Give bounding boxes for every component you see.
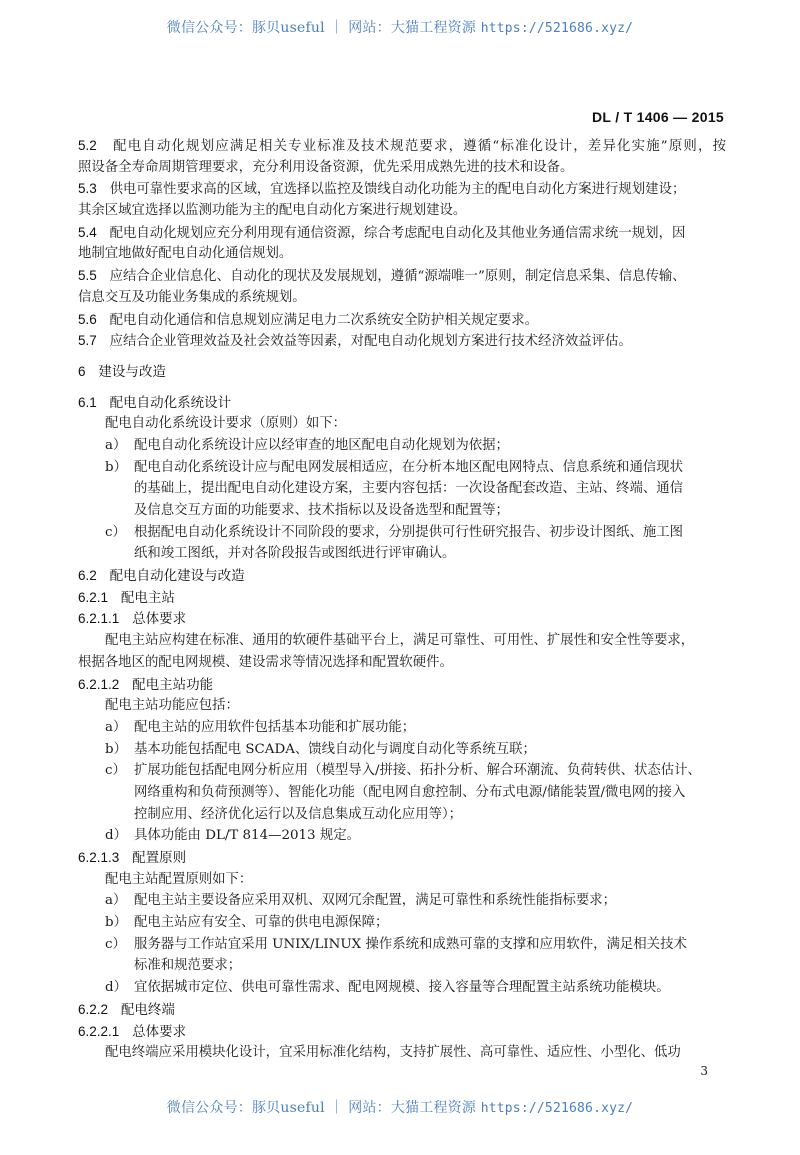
clause-number: 5.7: [78, 333, 97, 348]
list-item-b: b）配电自动化系统设计应与配电网发展相适应，在分析本地区配电网特点、信息系统和通…: [78, 457, 726, 522]
watermark-top: 微信公众号：豚贝useful ｜ 网站：大猫工程资源 https://52168…: [0, 17, 800, 37]
list-item-a: a）配电主站的应用软件包括基本功能和扩展功能；: [78, 717, 726, 739]
clause-text: 其余区域宜选择以监测功能为主的配电自动化方案进行规划建设。: [78, 203, 466, 218]
list-text: 根据配电自动化系统设计不同阶段的要求，分别提供可行性研究报告、初步设计图纸、施工…: [134, 525, 683, 540]
list-text: 配电主站应有安全、可靠的供电电源保障；: [134, 915, 388, 930]
document-body: 5.2 配电自动化规划应满足相关专业标准及技术规范要求，遵循“标准化设计，差异化…: [78, 135, 726, 1064]
watermark-text: 微信公众号：豚贝useful ｜ 网站：大猫工程资源: [167, 1100, 481, 1116]
section-intro: 配电主站功能应包括：: [78, 695, 726, 717]
list-text: 配电主站的应用软件包括基本功能和扩展功能；: [134, 720, 415, 735]
clause-text: 应结合企业信息化、自动化的现状及发展规划，遵循“源端唯一”原则，制定信息采集、信…: [110, 269, 686, 284]
chapter-6-heading: 6 建设与改造: [78, 361, 726, 383]
paragraph: 配电终端应采用模块化设计，宜采用标准化结构，支持扩展性、高可靠性、适应性、小型化…: [78, 1042, 726, 1064]
section-number: 6.2.1.2: [78, 674, 119, 696]
section-6-2-1-heading: 6.2.1 配电主站: [78, 587, 726, 609]
list-item-a: a）配电自动化系统设计应以经审查的地区配电自动化规划为依据；: [78, 435, 726, 457]
clause-5-7: 5.7 应结合企业管理效益及社会效益等因素，对配电自动化规划方案进行技术经济效益…: [78, 330, 726, 352]
list-text: 配电自动化系统设计应以经审查的地区配电自动化规划为依据；: [134, 438, 509, 453]
list-marker: c）: [105, 934, 134, 956]
list-text: 的基础上，提出配电自动化建设方案，主要内容包括：一次设备配套改造、主站、终端、通…: [78, 478, 726, 500]
list-item-d: d）具体功能由 DL/T 814—2013 规定。: [78, 825, 726, 847]
list-marker: a）: [105, 890, 134, 912]
clause-text: 配电自动化规划应充分利用现有通信资源，综合考虑配电自动化及其他业务通信需求统一规…: [110, 226, 686, 241]
page-number: 3: [700, 1064, 708, 1078]
section-intro: 配电主站配置原则如下：: [78, 869, 726, 891]
section-title: 配置原则: [132, 850, 186, 866]
section-number: 6.2.1.3: [78, 847, 119, 869]
clause-text: 配电自动化规划应满足相关专业标准及技术规范要求，遵循“标准化设计，差异化实施”原…: [113, 139, 726, 154]
list-marker: a）: [105, 435, 134, 457]
clause-number: 5.4: [78, 225, 97, 240]
list-text: 纸和竣工图纸，并对各阶段报告或图纸进行评审确认。: [78, 543, 726, 565]
clause-number: 5.6: [78, 312, 97, 327]
list-text: 及信息交互方面的功能要求、技术指标以及设备选型和配置等；: [78, 500, 726, 522]
chapter-number: 6: [78, 361, 86, 383]
section-title: 配电自动化建设与改造: [110, 568, 245, 584]
clause-text: 配电自动化通信和信息规划应满足电力二次系统安全防护相关规定要求。: [110, 313, 539, 328]
clause-number: 5.3: [78, 181, 97, 196]
section-6-2-2-1-heading: 6.2.2.1 总体要求: [78, 1021, 726, 1043]
list-marker: b）: [105, 912, 134, 934]
section-6-2-heading: 6.2 配电自动化建设与改造: [78, 565, 726, 587]
section-6-2-1-3-heading: 6.2.1.3 配置原则: [78, 847, 726, 869]
list-item-c: c）服务器与工作站宜采用 UNIX/LINUX 操作系统和成熟可靠的支撑和应用软…: [78, 934, 726, 977]
watermark-text: 微信公众号：豚贝useful ｜ 网站：大猫工程资源: [167, 20, 481, 36]
list-marker: b）: [105, 457, 134, 479]
section-6-2-2-heading: 6.2.2 配电终端: [78, 999, 726, 1021]
clause-text: 地制宜地做好配电自动化通信规划。: [78, 246, 292, 261]
section-6-2-1-2-heading: 6.2.1.2 配电主站功能: [78, 674, 726, 696]
section-title: 总体要求: [132, 611, 186, 627]
section-number: 6.2.2: [78, 999, 108, 1021]
clause-5-6: 5.6 配电自动化通信和信息规划应满足电力二次系统安全防护相关规定要求。: [78, 309, 726, 331]
list-item-c: c）根据配电自动化系统设计不同阶段的要求，分别提供可行性研究报告、初步设计图纸、…: [78, 522, 726, 565]
section-number: 6.1: [78, 392, 97, 414]
section-title: 配电主站: [121, 590, 175, 606]
clause-5-2: 5.2 配电自动化规划应满足相关专业标准及技术规范要求，遵循“标准化设计，差异化…: [78, 135, 726, 178]
clause-text: 应结合企业管理效益及社会效益等因素，对配电自动化规划方案进行技术经济效益评估。: [110, 334, 632, 349]
list-marker: d）: [105, 977, 134, 999]
section-number: 6.2.1: [78, 587, 108, 609]
section-title: 总体要求: [132, 1024, 186, 1040]
list-text: 宜依据城市定位、供电可靠性需求、配电网规模、接入容量等合理配置主站系统功能模块。: [134, 980, 670, 995]
section-number: 6.2.2.1: [78, 1021, 119, 1043]
list-item-d: d）宜依据城市定位、供电可靠性需求、配电网规模、接入容量等合理配置主站系统功能模…: [78, 977, 726, 999]
section-number: 6.2.1.1: [78, 608, 119, 630]
list-text: 网络重构和负荷预测等）、智能化功能（配电网自愈控制、分布式电源/储能装置/微电网…: [78, 782, 726, 804]
clause-number: 5.2: [78, 138, 97, 153]
section-title: 配电终端: [121, 1002, 175, 1018]
watermark-bottom: 微信公众号：豚贝useful ｜ 网站：大猫工程资源 https://52168…: [0, 1097, 800, 1117]
clause-5-4: 5.4 配电自动化规划应充分利用现有通信资源，综合考虑配电自动化及其他业务通信需…: [78, 222, 726, 265]
section-title: 配电主站功能: [132, 677, 213, 693]
paragraph: 根据各地区的配电网规模、建设需求等情况选择和配置软硬件。: [78, 652, 726, 674]
document-code: DL / T 1406 — 2015: [592, 109, 724, 125]
clause-text: 照设备全寿命周期管理要求，充分利用设备资源，优先采用成熟先进的技术和设备。: [78, 160, 573, 175]
section-intro: 配电自动化系统设计要求（原则）如下：: [78, 413, 726, 435]
list-text: 配电主站主要设备应采用双机、双网冗余配置，满足可靠性和系统性能指标要求；: [134, 893, 616, 908]
chapter-title: 建设与改造: [98, 364, 166, 380]
clause-text: 供电可靠性要求高的区域，宜选择以监控及馈线自动化功能为主的配电自动化方案进行规划…: [110, 182, 686, 197]
clause-text: 信息交互及功能业务集成的系统规划。: [78, 290, 306, 305]
clause-5-3: 5.3 供电可靠性要求高的区域，宜选择以监控及馈线自动化功能为主的配电自动化方案…: [78, 178, 726, 221]
list-text: 基本功能包括配电 SCADA、馈线自动化与调度自动化等系统互联；: [134, 742, 536, 757]
list-item-b: b）基本功能包括配电 SCADA、馈线自动化与调度自动化等系统互联；: [78, 739, 726, 761]
watermark-url: https://521686.xyz/: [481, 21, 634, 36]
list-marker: a）: [105, 717, 134, 739]
list-text: 配电自动化系统设计应与配电网发展相适应，在分析本地区配电网特点、信息系统和通信现…: [134, 460, 683, 475]
section-6-2-1-1-heading: 6.2.1.1 总体要求: [78, 608, 726, 630]
list-text: 标准和规范要求；: [78, 955, 726, 977]
list-text: 服务器与工作站宜采用 UNIX/LINUX 操作系统和成熟可靠的支撑和应用软件，…: [134, 937, 687, 952]
watermark-url: https://521686.xyz/: [481, 1101, 634, 1116]
list-text: 扩展功能包括配电网分析应用（模型导入/拼接、拓扑分析、解合环潮流、负荷转供、状态…: [134, 763, 701, 778]
clause-number: 5.5: [78, 268, 97, 283]
paragraph: 配电主站应构建在标准、通用的软硬件基础平台上，满足可靠性、可用性、扩展性和安全性…: [78, 630, 726, 652]
section-title: 配电自动化系统设计: [110, 395, 232, 411]
list-item-c: c）扩展功能包括配电网分析应用（模型导入/拼接、拓扑分析、解合环潮流、负荷转供、…: [78, 760, 726, 825]
list-marker: c）: [105, 760, 134, 782]
list-item-b: b）配电主站应有安全、可靠的供电电源保障；: [78, 912, 726, 934]
section-number: 6.2: [78, 565, 97, 587]
list-marker: d）: [105, 825, 134, 847]
list-text: 具体功能由 DL/T 814—2013 规定。: [134, 828, 360, 843]
clause-5-5: 5.5 应结合企业信息化、自动化的现状及发展规划，遵循“源端唯一”原则，制定信息…: [78, 265, 726, 308]
list-marker: b）: [105, 739, 134, 761]
list-marker: c）: [105, 522, 134, 544]
section-6-1-heading: 6.1 配电自动化系统设计: [78, 392, 726, 414]
list-item-a: a）配电主站主要设备应采用双机、双网冗余配置，满足可靠性和系统性能指标要求；: [78, 890, 726, 912]
list-text: 控制应用、经济优化运行以及信息集成互动化应用等）；: [78, 804, 726, 826]
